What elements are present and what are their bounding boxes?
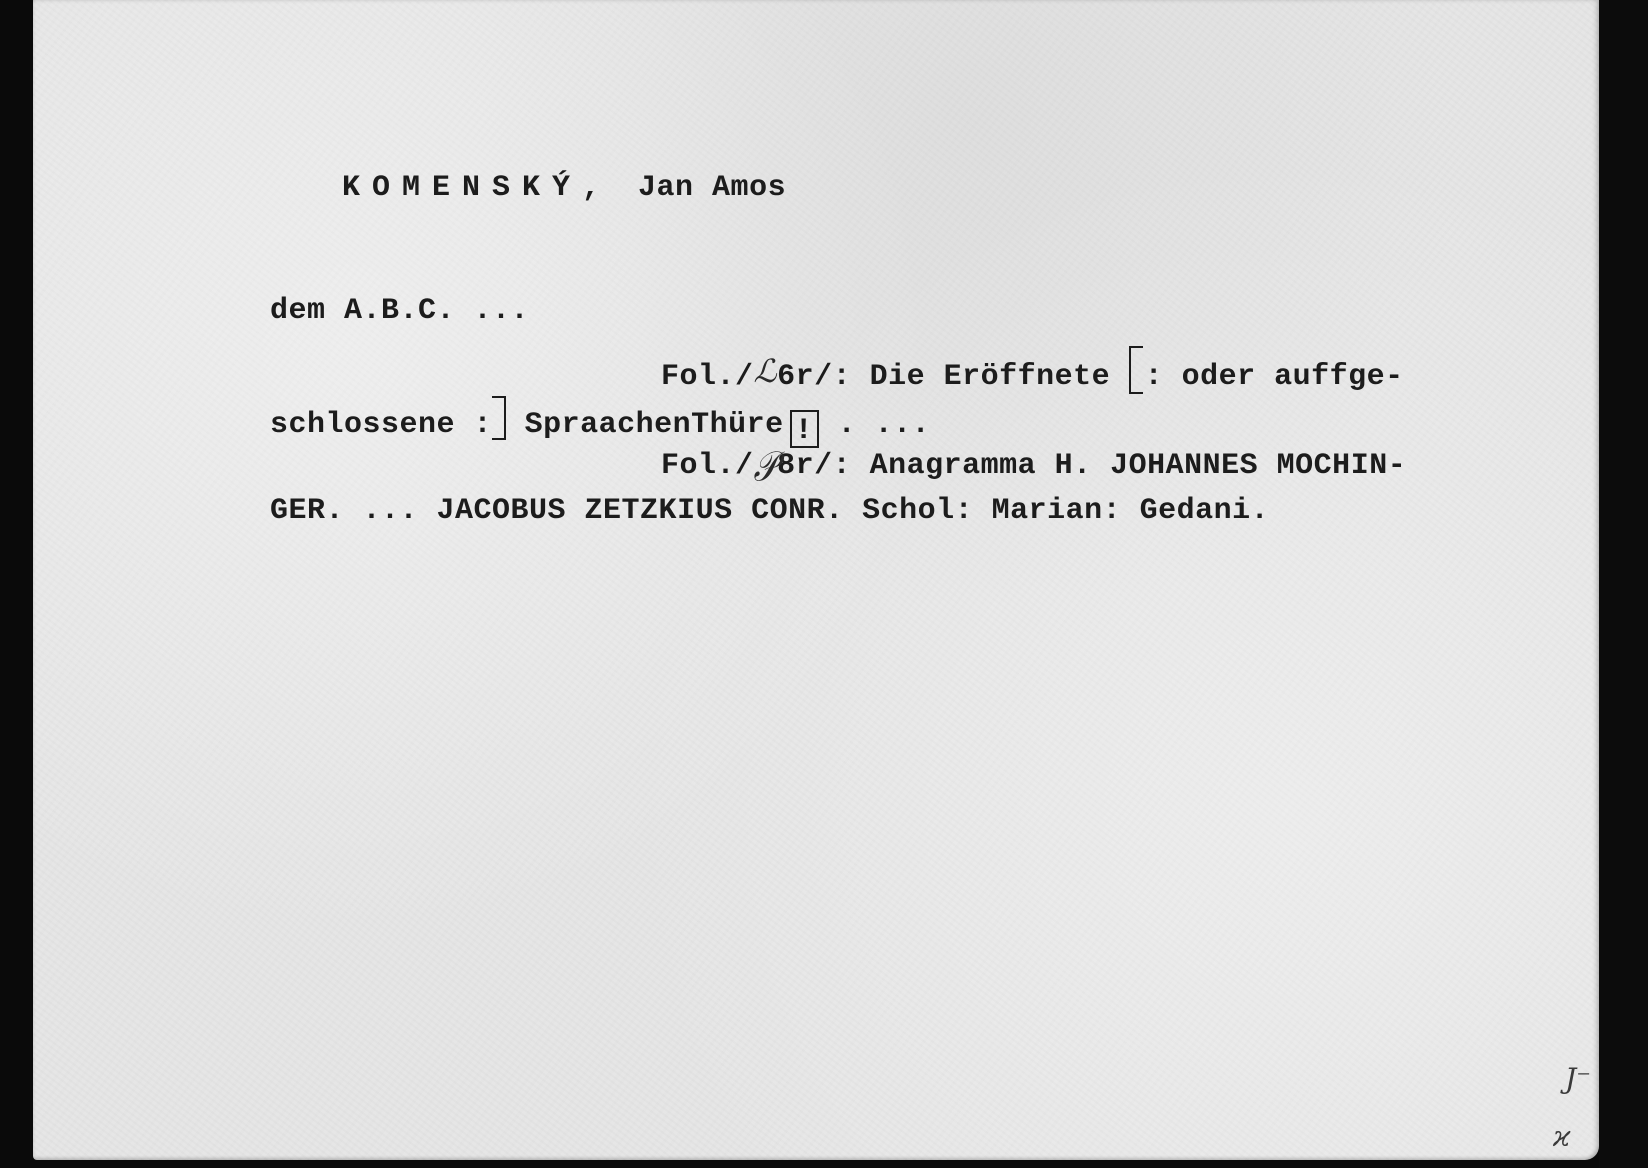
entry-2-first-line: Fol./𝒫8r/: Anagramma H. JOHANNES MOCHIN-: [661, 446, 1406, 481]
continuation-text: . ...: [819, 408, 930, 442]
title-line: dem A.B.C. ...: [270, 296, 529, 326]
folio-prefix: Fol./: [661, 360, 754, 394]
close-bracket-icon: [492, 396, 506, 440]
handwritten-corner-mark-lower: ϰ: [1553, 1120, 1570, 1153]
bracketed-text: : oder auffge-: [1145, 360, 1404, 394]
folio-prefix: Fol./: [661, 449, 754, 483]
card-heading: KOMENSKÝ,Jan Amos: [268, 143, 786, 233]
scan-background-edge: [1599, 0, 1648, 1168]
entry-text: Die Eröffnete: [851, 360, 1129, 394]
folio-suffix: 8r/:: [777, 449, 851, 483]
handwritten-folio-mark: 𝒫: [754, 445, 778, 487]
handwritten-corner-mark-upper: J⁻: [1565, 1062, 1591, 1095]
author-given-names: Jan Amos: [638, 171, 786, 205]
author-surname: KOMENSKÝ,: [342, 171, 612, 205]
continuation-text: SpraachenThüre: [506, 408, 784, 442]
continuation-text: schlossene: [270, 408, 474, 442]
bracketed-colon: :: [474, 408, 493, 442]
catalog-card: KOMENSKÝ,Jan Amos dem A.B.C. ... Fol./ℒ6…: [33, 0, 1599, 1160]
folio-suffix: 6r/:: [777, 360, 851, 394]
handwritten-folio-mark: ℒ: [754, 355, 778, 387]
entry-1-second-line: schlossene : SpraachenThüre! . ...: [270, 396, 930, 448]
entry-text: Anagramma H. JOHANNES MOCHIN-: [851, 449, 1406, 483]
sic-mark: !: [790, 410, 820, 448]
entry-2-second-line: GER. ... JACOBUS ZETZKIUS CONR. Schol: M…: [270, 496, 1269, 526]
entry-1-first-line: Fol./ℒ6r/: Die Eröffnete : oder auffge-: [661, 346, 1404, 394]
open-bracket-icon: [1129, 346, 1143, 394]
